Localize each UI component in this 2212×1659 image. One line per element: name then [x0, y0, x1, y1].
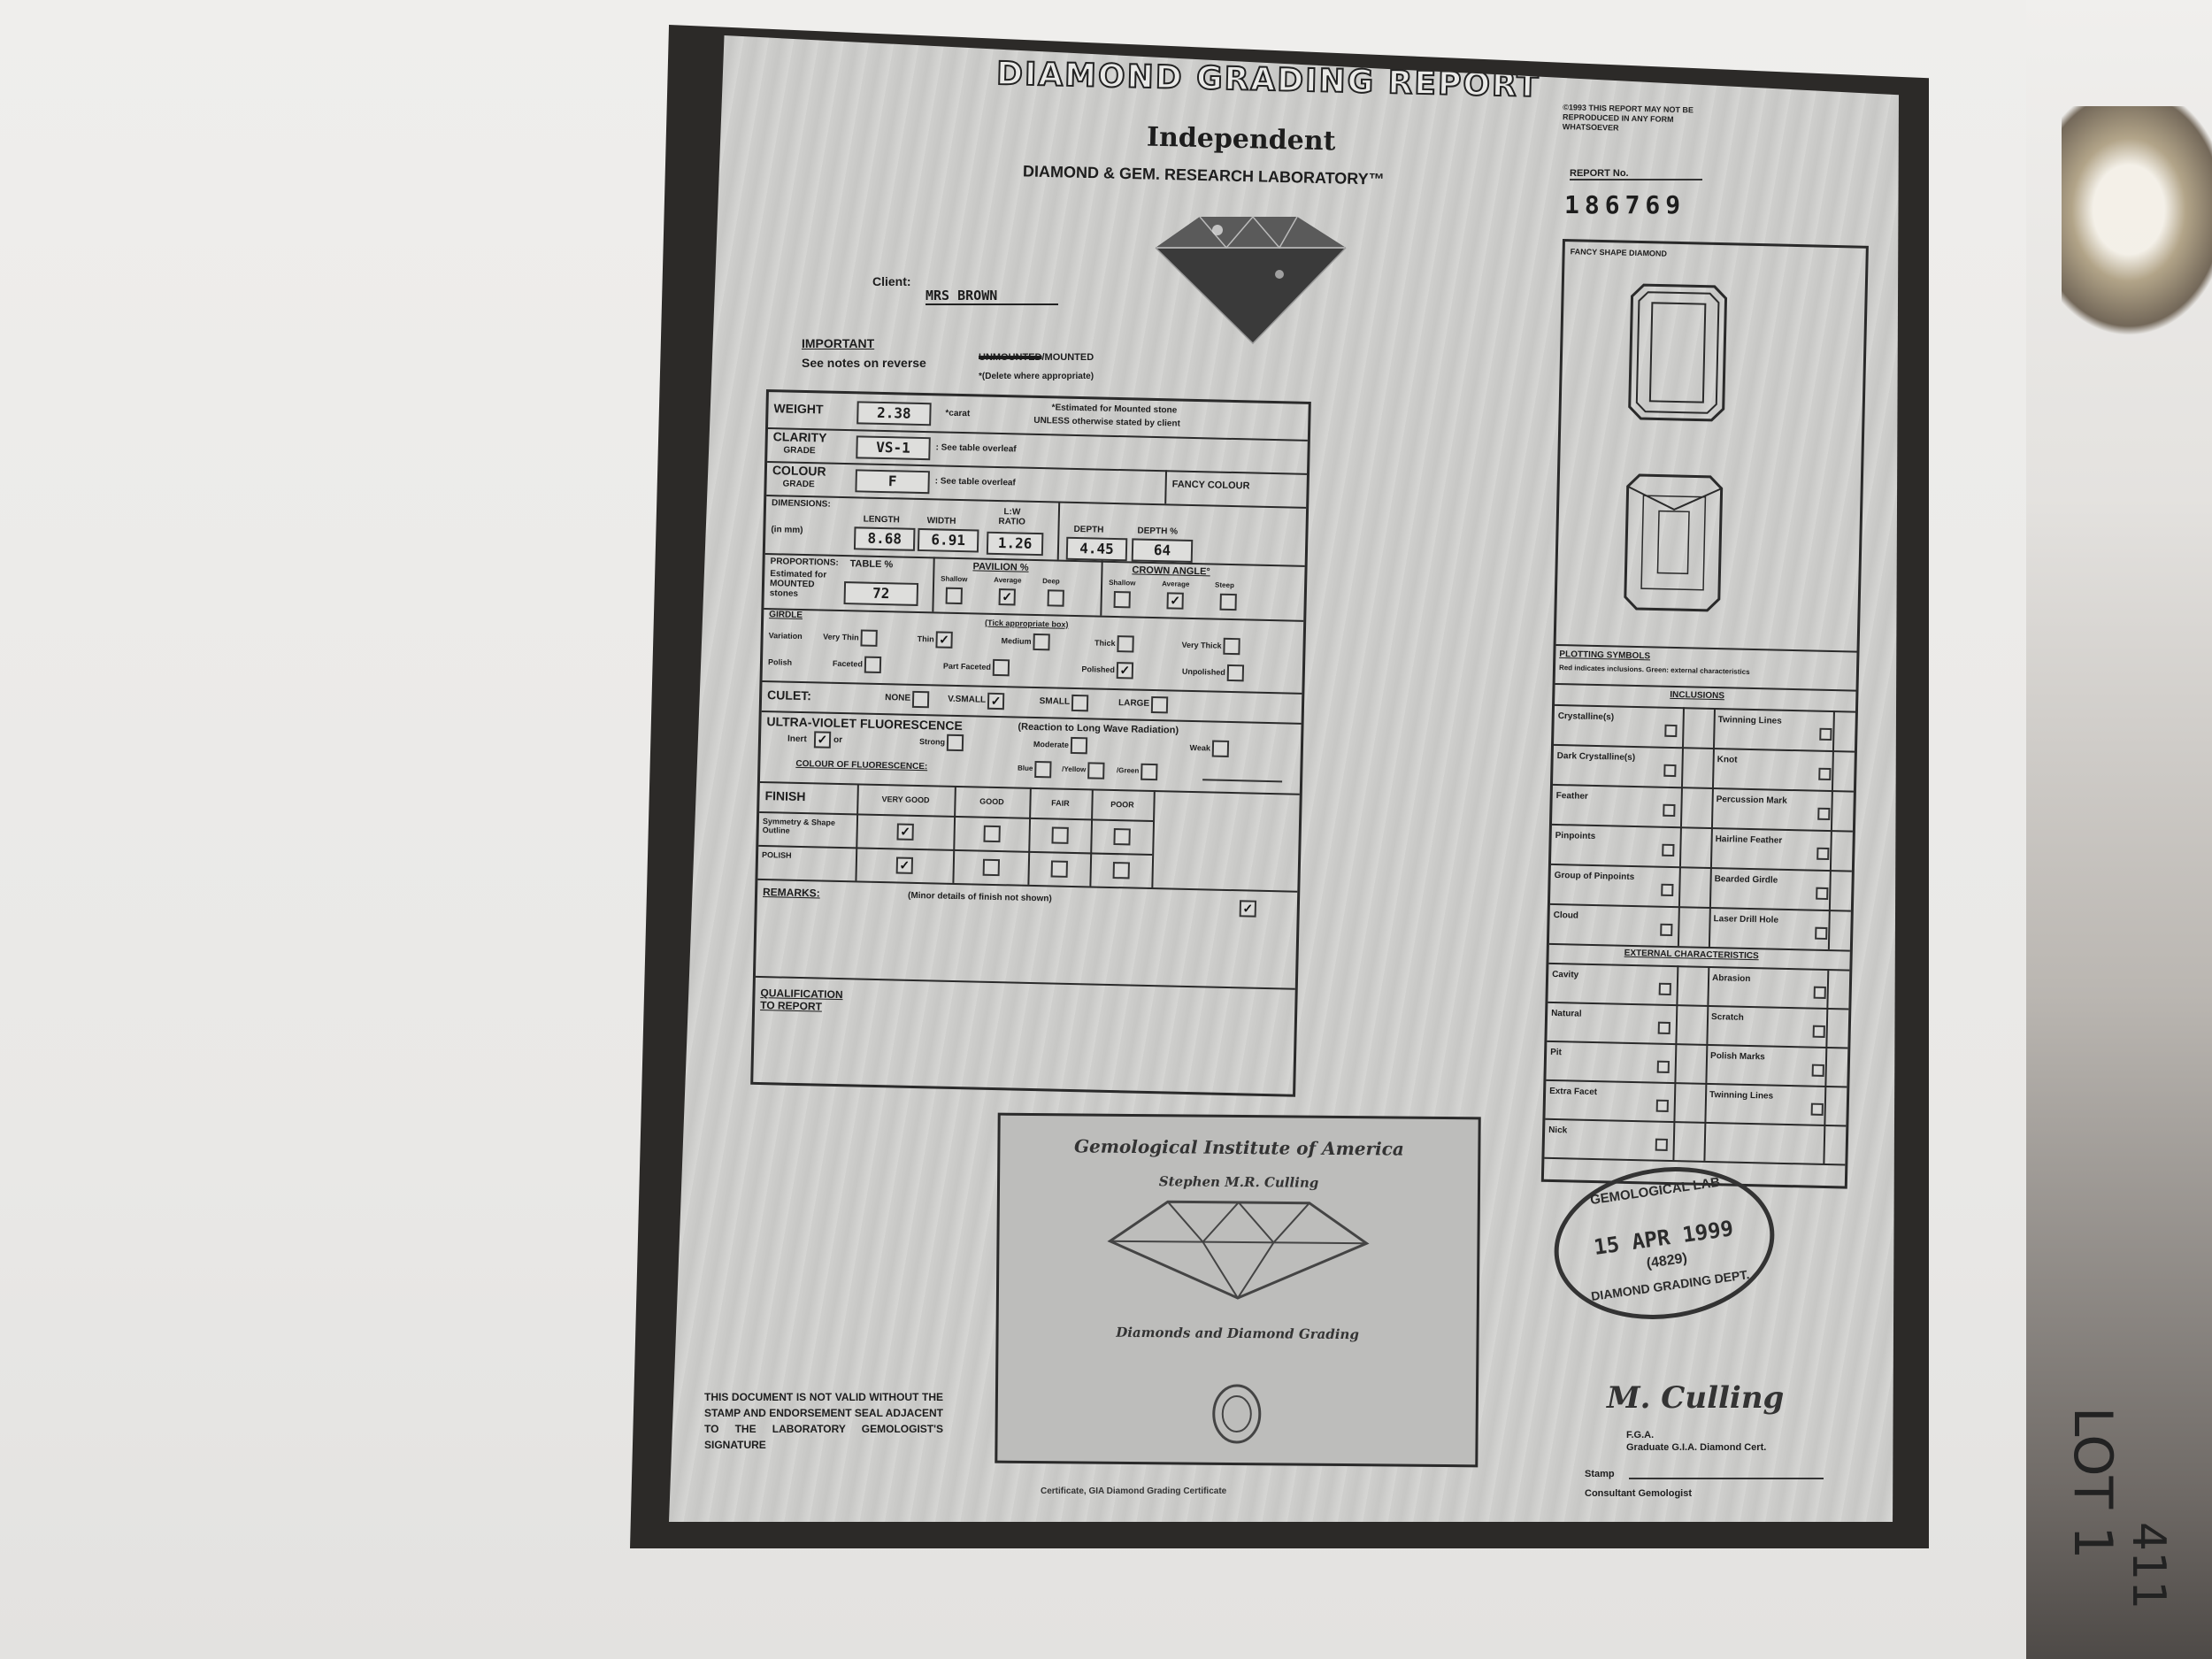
- crown-checkbox[interactable]: [1113, 591, 1130, 608]
- fancy-colour-label: FANCY COLOUR: [1172, 479, 1250, 491]
- finish-row: FINISH VERY GOODGOODFAIRPOORSymmetry & S…: [757, 781, 1299, 893]
- finish-row-label: Symmetry & Shape Outline: [763, 817, 851, 836]
- table-line: [1707, 966, 1709, 1005]
- client-name: MRS BROWN: [926, 288, 1058, 305]
- table-line: [1713, 708, 1716, 748]
- table-line: [1832, 710, 1835, 750]
- gia-certificate: Gemological Institute of America Stephen…: [995, 1113, 1480, 1468]
- pavilion-option-label: Average: [994, 576, 1021, 585]
- finish-checkbox[interactable]: [1113, 828, 1130, 845]
- table-line: [1674, 1043, 1677, 1082]
- signature-line: [1629, 1478, 1824, 1479]
- fluorescence-level-label: Moderate: [1025, 740, 1069, 749]
- girdle-polish-checkbox[interactable]: [993, 659, 1010, 676]
- culet-checkbox[interactable]: [912, 691, 929, 708]
- finish-checkbox[interactable]: [983, 826, 1000, 842]
- crown-option-label: Steep: [1215, 581, 1234, 589]
- depth-value: 4.45: [1066, 537, 1128, 562]
- pavilion-checkbox[interactable]: [1048, 589, 1064, 606]
- finish-checkbox[interactable]: ✓: [896, 856, 913, 873]
- table-line: [1678, 866, 1681, 906]
- external-checkbox[interactable]: [1657, 1061, 1670, 1073]
- culet-option-label: SMALL: [1029, 696, 1070, 707]
- table-line: [1829, 870, 1832, 910]
- culet-option-label: LARGE: [1109, 698, 1149, 709]
- finish-checkbox[interactable]: ✓: [896, 823, 913, 840]
- inclusion-checkbox[interactable]: [1660, 924, 1672, 936]
- fluorescence-colour-label: /Yellow: [1056, 765, 1086, 774]
- emerald-cut-crown-diagram-icon: [1627, 283, 1727, 422]
- lab-name: Independent: [1147, 122, 1336, 157]
- grading-form: WEIGHT 2.38 *carat *Estimated for Mounte…: [750, 389, 1311, 1097]
- table-line: [1830, 830, 1832, 870]
- girdle-polish-label: Part Faceted: [938, 661, 991, 671]
- table-pct-value: 72: [844, 581, 919, 606]
- gia-award: Diamonds and Diamond Grading: [999, 1324, 1477, 1344]
- table-line: [1711, 787, 1714, 827]
- culet-option-label: V.SMALL: [945, 695, 986, 705]
- handwritten-lot-label: LOT 1: [2062, 1407, 2124, 1559]
- table-line: [1831, 790, 1833, 830]
- external-checkbox[interactable]: [1812, 1064, 1824, 1077]
- depth-pct-value: 64: [1132, 538, 1194, 563]
- culet-option-label: NONE: [870, 693, 910, 703]
- report-number: 186769: [1564, 190, 1686, 219]
- girdle-polish-label: Polished: [1062, 664, 1115, 674]
- diamond-image-icon: [1147, 212, 1350, 345]
- external-checkbox[interactable]: [1813, 1025, 1825, 1038]
- girdle-variation-checkbox[interactable]: [860, 629, 877, 646]
- finish-column-header: VERY GOOD: [856, 794, 954, 804]
- signatory-qualifications: F.G.A. Graduate G.I.A. Diamond Cert.: [1626, 1429, 1766, 1454]
- handwritten-lot-number: 411: [2122, 1522, 2175, 1609]
- see-notes-text: See notes on reverse: [802, 356, 926, 370]
- remarks-checkbox[interactable]: ✓: [1240, 900, 1256, 917]
- girdle-variation-checkbox[interactable]: [1117, 635, 1133, 652]
- crown-checkbox[interactable]: [1219, 594, 1236, 611]
- copyright-note: ©1993 THIS REPORT MAY NOT BE REPRODUCED …: [1563, 103, 1714, 135]
- remarks-row: REMARKS: (Minor details of finish not sh…: [756, 879, 1297, 990]
- girdle-variation-label: Thin: [894, 634, 934, 643]
- external-checkbox[interactable]: [1656, 1100, 1669, 1112]
- fluorescence-level-checkbox[interactable]: [1212, 741, 1229, 757]
- girdle-variation-label: Medium: [991, 636, 1032, 646]
- table-line: [1680, 787, 1683, 826]
- external-row: Nick: [1544, 1118, 1846, 1166]
- table-line: [1824, 1047, 1827, 1086]
- culet-checkbox[interactable]: [1151, 696, 1168, 713]
- crown-option-label: Average: [1162, 580, 1189, 588]
- table-line: [1709, 867, 1712, 907]
- finish-checkbox[interactable]: [982, 859, 999, 876]
- culet-checkbox[interactable]: [1071, 695, 1088, 711]
- girdle-variation-checkbox[interactable]: ✓: [935, 631, 952, 648]
- plotting-panel: FANCY SHAPE DIAMOND PLOTTING SYMBOLS Red…: [1541, 239, 1869, 1189]
- gia-recipient: Stephen M.R. Culling: [1000, 1172, 1478, 1193]
- external-checkbox[interactable]: [1659, 983, 1671, 995]
- pavilion-option-label: Deep: [1042, 577, 1060, 585]
- inclusion-checkbox[interactable]: [1662, 844, 1674, 856]
- table-line: [1832, 750, 1834, 790]
- shape-caption: FANCY SHAPE DIAMOND: [1571, 247, 1668, 257]
- table-line: [1705, 1044, 1708, 1083]
- table-line: [1673, 1082, 1676, 1121]
- fluorescence-level-checkbox[interactable]: [1071, 737, 1087, 754]
- table-line: [1828, 910, 1831, 949]
- table-line: [1679, 826, 1682, 866]
- fluorescence-colour-label: Blue: [1002, 764, 1033, 772]
- gia-institute: Gemological Institute of America: [1000, 1135, 1478, 1161]
- girdle-variation-label: Thick: [1074, 638, 1115, 648]
- stamp-label: Stamp: [1585, 1469, 1615, 1479]
- ratio-value: 1.26: [987, 532, 1044, 556]
- table-line: [1710, 827, 1713, 867]
- external-checkbox[interactable]: [1655, 1139, 1668, 1151]
- inclusion-checkbox[interactable]: [1817, 808, 1830, 820]
- gemologist-signature: M. Culling: [1607, 1380, 1784, 1416]
- report-no-label: REPORT No.: [1570, 168, 1702, 180]
- external-checkbox[interactable]: [1658, 1022, 1671, 1034]
- crown-option-label: Shallow: [1109, 579, 1135, 588]
- table-line: [1823, 1125, 1825, 1164]
- inclusion-checkbox[interactable]: [1816, 848, 1829, 860]
- girdle-polish-label: Unpolished: [1172, 666, 1225, 676]
- inert-checkbox[interactable]: ✓: [814, 731, 831, 748]
- table-line: [1675, 1004, 1678, 1043]
- table-line: [1678, 906, 1680, 946]
- clarity-value: VS-1: [856, 435, 931, 460]
- table-line: [1672, 1121, 1675, 1160]
- table-line: [1682, 707, 1685, 747]
- inclusion-checkbox[interactable]: [1816, 887, 1828, 900]
- inclusion-checkbox[interactable]: [1663, 764, 1676, 777]
- girdle-polish-checkbox[interactable]: ✓: [1117, 662, 1133, 679]
- fluorescence-colour-checkbox[interactable]: [1034, 761, 1051, 778]
- client-label: Client:: [872, 274, 911, 288]
- finish-row-label: POLISH: [762, 850, 850, 861]
- colour-value: F: [855, 469, 930, 494]
- length-value: 8.68: [854, 526, 916, 551]
- inclusion-checkbox[interactable]: [1819, 728, 1832, 741]
- diamond-emblem-icon: [1105, 1193, 1371, 1302]
- girdle-polish-checkbox[interactable]: [1227, 664, 1244, 681]
- emerald-cut-pavilion-diagram-icon: [1623, 473, 1723, 612]
- pavilion-checkbox[interactable]: ✓: [999, 588, 1016, 605]
- inclusion-checkbox[interactable]: [1818, 768, 1831, 780]
- finish-checkbox[interactable]: [1113, 862, 1130, 879]
- crown-checkbox[interactable]: ✓: [1166, 592, 1183, 609]
- inclusion-checkbox[interactable]: [1815, 927, 1827, 940]
- external-checkbox[interactable]: [1814, 987, 1826, 999]
- inclusion-checkbox[interactable]: [1663, 804, 1675, 817]
- grading-report-document: DIAMOND GRADING REPORT ©1993 THIS REPORT…: [669, 35, 1899, 1522]
- girdle-variation-checkbox[interactable]: [1223, 638, 1240, 655]
- table-line: [1704, 1083, 1707, 1122]
- girdle-variation-label: Very Thick: [1180, 641, 1221, 650]
- width-value: 6.91: [918, 528, 979, 553]
- background-object: [2062, 106, 2212, 336]
- fluorescence-level-label: Strong: [901, 737, 945, 747]
- table-line: [1681, 747, 1684, 787]
- inclusion-checkbox[interactable]: [1664, 725, 1677, 737]
- girdle-polish-checkbox[interactable]: [864, 657, 881, 673]
- girdle-polish-label: Faceted: [810, 658, 863, 668]
- table-line: [1676, 965, 1678, 1004]
- delete-note: *(Delete where appropriate): [979, 372, 1094, 381]
- table-line: [1824, 1086, 1826, 1125]
- table-line: [1703, 1122, 1706, 1161]
- fluorescence-colour-checkbox[interactable]: [1141, 764, 1157, 780]
- finish-checkbox[interactable]: [1051, 826, 1068, 843]
- pavilion-checkbox[interactable]: [946, 588, 963, 604]
- gia-seal-icon: [1210, 1383, 1263, 1446]
- girdle-variation-label: Very Thin: [818, 632, 859, 641]
- girdle-variation-checkbox[interactable]: [1033, 634, 1049, 650]
- signatory-role: Consultant Gemologist: [1585, 1488, 1692, 1499]
- culet-checkbox[interactable]: ✓: [987, 693, 1004, 710]
- inclusion-checkbox[interactable]: [1661, 884, 1673, 896]
- table-line: [1706, 1005, 1709, 1044]
- finish-column-header: GOOD: [954, 796, 1029, 807]
- table-line: [1709, 907, 1711, 947]
- table-line: [1712, 748, 1715, 787]
- external-checkbox[interactable]: [1811, 1103, 1824, 1116]
- fluorescence-colour-checkbox[interactable]: [1087, 762, 1104, 779]
- mounted-status: UNMOUNTED/MOUNTED: [979, 352, 1094, 363]
- weight-value: 2.38: [856, 401, 932, 426]
- important-heading: IMPORTANT: [802, 336, 874, 350]
- finish-checkbox[interactable]: [1051, 860, 1068, 877]
- fluorescence-colour-label: /Green: [1109, 766, 1139, 775]
- finish-column-header: FAIR: [1029, 798, 1091, 809]
- fluorescence-level-checkbox[interactable]: [947, 734, 964, 751]
- lab-subtitle: DIAMOND & GEM. RESEARCH LABORATORY™: [1023, 162, 1385, 188]
- table-line: [1826, 969, 1829, 1008]
- pavilion-option-label: Shallow: [941, 575, 967, 584]
- plotting-symbols-table: PLOTTING SYMBOLS Red indicates inclusion…: [1544, 644, 1857, 1184]
- validity-note: This document is NOT valid without the s…: [704, 1389, 943, 1453]
- table-line: [1825, 1008, 1828, 1047]
- fluorescence-level-label: Weak: [1166, 742, 1210, 752]
- gia-footer: Certificate, GIA Diamond Grading Certifi…: [1041, 1486, 1226, 1496]
- finish-column-header: POOR: [1091, 799, 1153, 810]
